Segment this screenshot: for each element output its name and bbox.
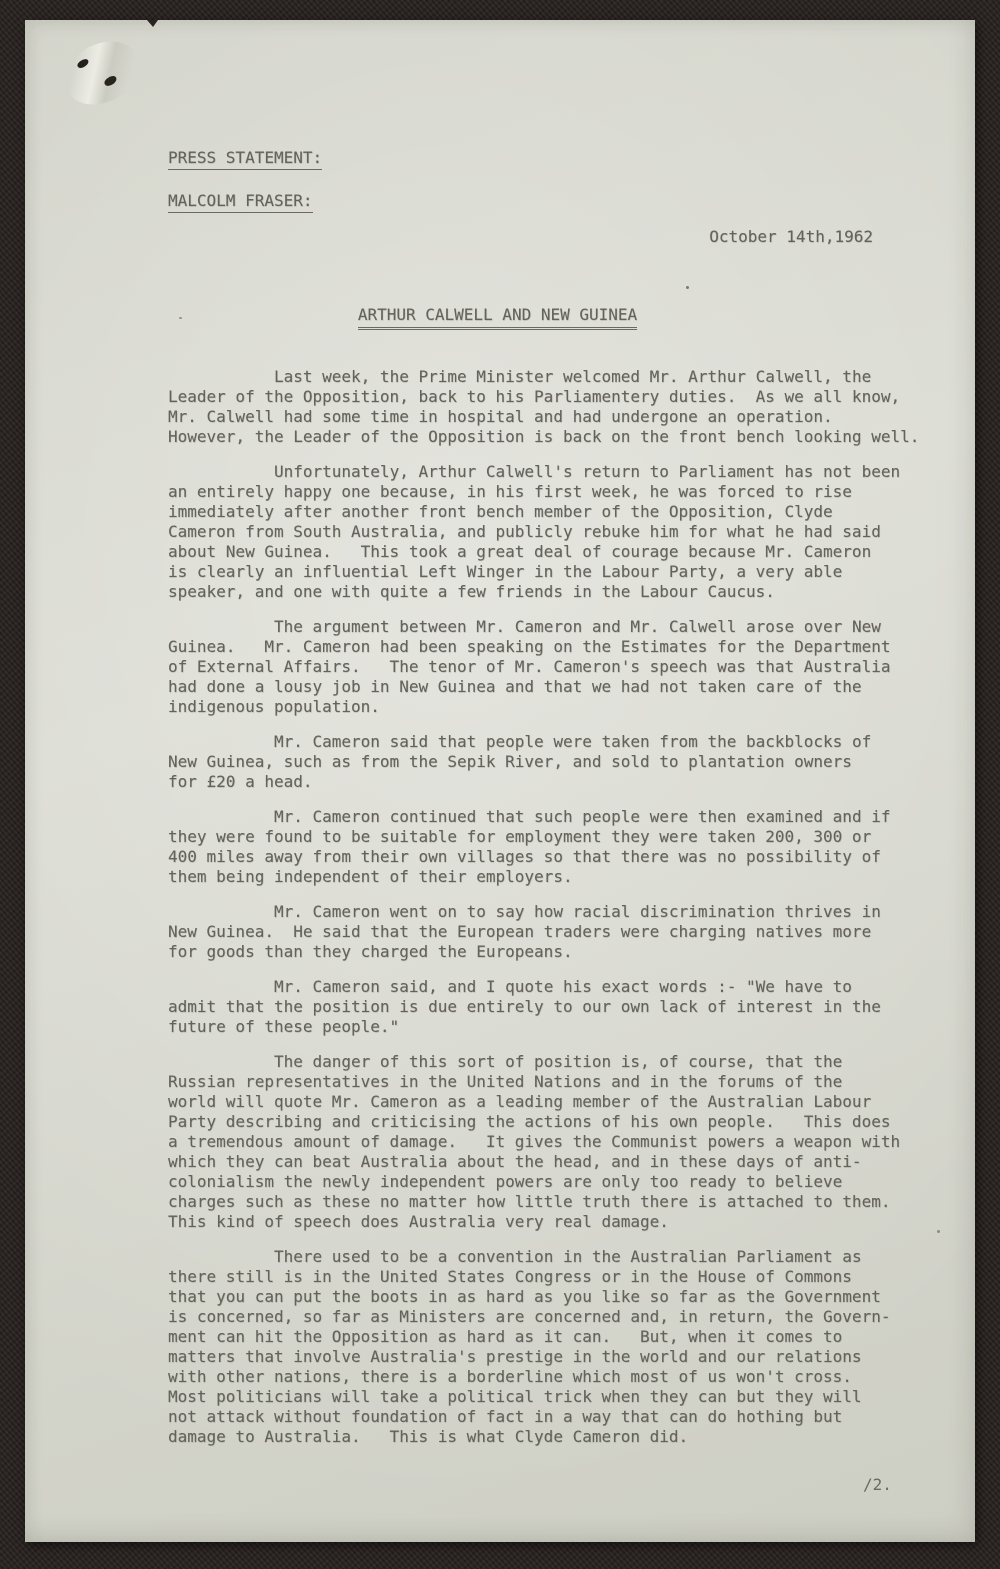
press-statement-heading: PRESS STATEMENT: [168, 148, 945, 170]
author-heading: MALCOLM FRASER: [168, 191, 945, 213]
document-date: October 14th,1962 [168, 227, 945, 247]
body-paragraph: Unfortunately, Arthur Calwell's return t… [168, 462, 945, 602]
author-label: MALCOLM FRASER: [168, 191, 313, 213]
photo-background: { "document": { "kind_label": "PRESS STA… [0, 0, 1000, 1569]
body-paragraph: Last week, the Prime Minister welcomed M… [168, 367, 945, 447]
document-content: PRESS STATEMENT: MALCOLM FRASER: October… [25, 20, 975, 1447]
page-number: /2. [863, 1475, 892, 1494]
body-paragraph: Mr. Cameron said that people were taken … [168, 732, 945, 792]
document-title-line: ARTHUR CALWELL AND NEW GUINEA [168, 305, 827, 330]
body-paragraph: The danger of this sort of position is, … [168, 1052, 945, 1232]
document-title: ARTHUR CALWELL AND NEW GUINEA [358, 305, 637, 330]
typewritten-page: PRESS STATEMENT: MALCOLM FRASER: October… [25, 20, 975, 1542]
body-paragraph: Mr. Cameron said, and I quote his exact … [168, 977, 945, 1037]
body-paragraph: There used to be a convention in the Aus… [168, 1247, 945, 1447]
body-paragraph: Mr. Cameron continued that such people w… [168, 807, 945, 887]
body-paragraph: Mr. Cameron went on to say how racial di… [168, 902, 945, 962]
body-paragraph: The argument between Mr. Cameron and Mr.… [168, 617, 945, 717]
press-statement-label: PRESS STATEMENT: [168, 148, 322, 170]
